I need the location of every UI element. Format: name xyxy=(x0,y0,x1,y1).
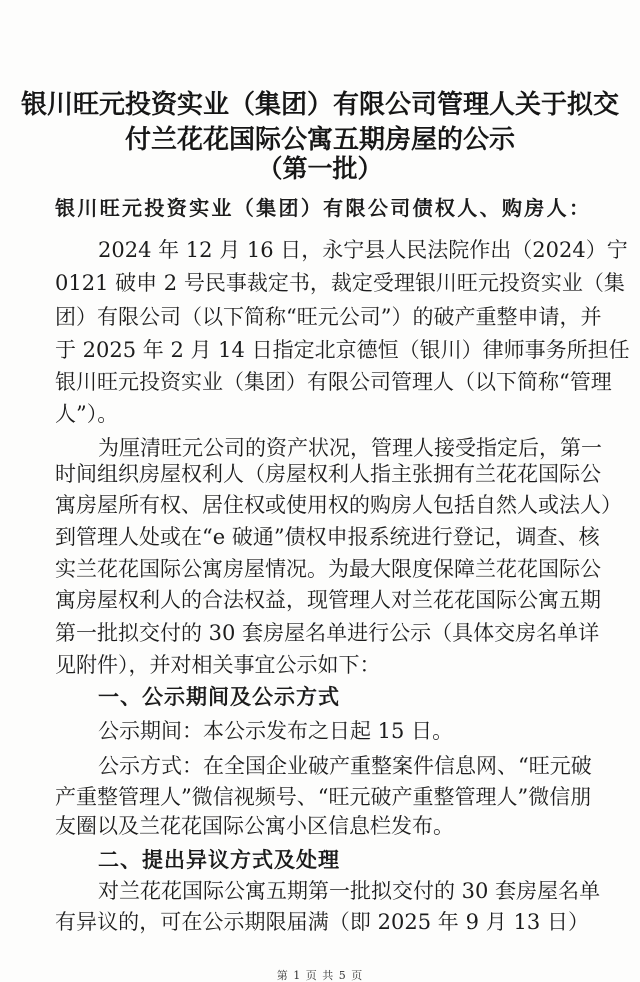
objection-text-line: 有异议的，可在公示期限届满（即 2025 年 9 月 13 日） xyxy=(55,910,589,934)
document-title-line-1: 银川旺元投资实业（集团）有限公司管理人关于拟交 xyxy=(0,84,640,121)
publication-method-line: 友圈以及兰花花国际公寓小区信息栏发布。 xyxy=(55,814,589,838)
page-number: 第 1 页 共 5 页 xyxy=(0,967,640,982)
paragraph-1-line: 2024 年 12 月 16 日，永宁县人民法院作出（2024）宁 xyxy=(98,238,589,262)
paragraph-2-line: 寓房屋所有权、居住权或使用权的购房人包括自然人或法人） xyxy=(55,493,589,517)
paragraph-1-line: 银川旺元投资实业（集团）有限公司管理人（以下简称“管理 xyxy=(55,370,589,394)
paragraph-1-line: 于 2025 年 2 月 14 日指定北京德恒（银川）律师事务所担任 xyxy=(55,338,589,362)
paragraph-1-line: 团）有限公司（以下简称“旺元公司”）的破产重整申请，并 xyxy=(55,305,589,329)
section-2-heading: 二、提出异议方式及处理 xyxy=(98,848,340,872)
objection-text-line: 对兰花花国际公寓五期第一批拟交付的 30 套房屋名单 xyxy=(98,879,589,903)
paragraph-2-line: 到管理人处或在“e 破通”债权申报系统进行登记，调查、核 xyxy=(55,525,589,549)
paragraph-2-line: 为厘清旺元公司的资产状况，管理人接受指定后，第一 xyxy=(98,436,589,460)
paragraph-2-line: 寓房屋权利人的合法权益，现管理人对兰花花国际公寓五期 xyxy=(55,588,589,612)
batch-label: （第一批） xyxy=(0,149,640,185)
paragraph-2-line: 实兰花花国际公寓房屋情况。为最大限度保障兰花花国际公 xyxy=(55,557,589,581)
document-page: 银川旺元投资实业（集团）有限公司管理人关于拟交 付兰花花国际公寓五期房屋的公示 … xyxy=(0,0,640,982)
paragraph-2-line: 见附件），并对相关事宜公示如下： xyxy=(55,653,589,677)
paragraph-2-line: 时间组织房屋权利人（房屋权利人指主张拥有兰花花国际公 xyxy=(55,462,589,486)
paragraph-1-line: 人”）。 xyxy=(55,402,589,426)
publication-method-line: 产重整管理人”微信视频号、“旺元破产重整管理人”微信朋 xyxy=(55,785,589,809)
salutation: 银川旺元投资实业（集团）有限公司债权人、购房人： xyxy=(55,196,589,220)
paragraph-1-line: 0121 破申 2 号民事裁定书，裁定受理银川旺元投资实业（集 xyxy=(55,271,589,295)
paragraph-2-line: 第一批拟交付的 30 套房屋名单进行公示（具体交房名单详 xyxy=(55,621,589,645)
section-1-heading: 一、公示期间及公示方式 xyxy=(98,685,340,709)
publication-method-line: 公示方式：在全国企业破产重整案件信息网、“旺元破 xyxy=(98,754,589,778)
publication-period: 公示期间：本公示发布之日起 15 日。 xyxy=(98,719,589,743)
